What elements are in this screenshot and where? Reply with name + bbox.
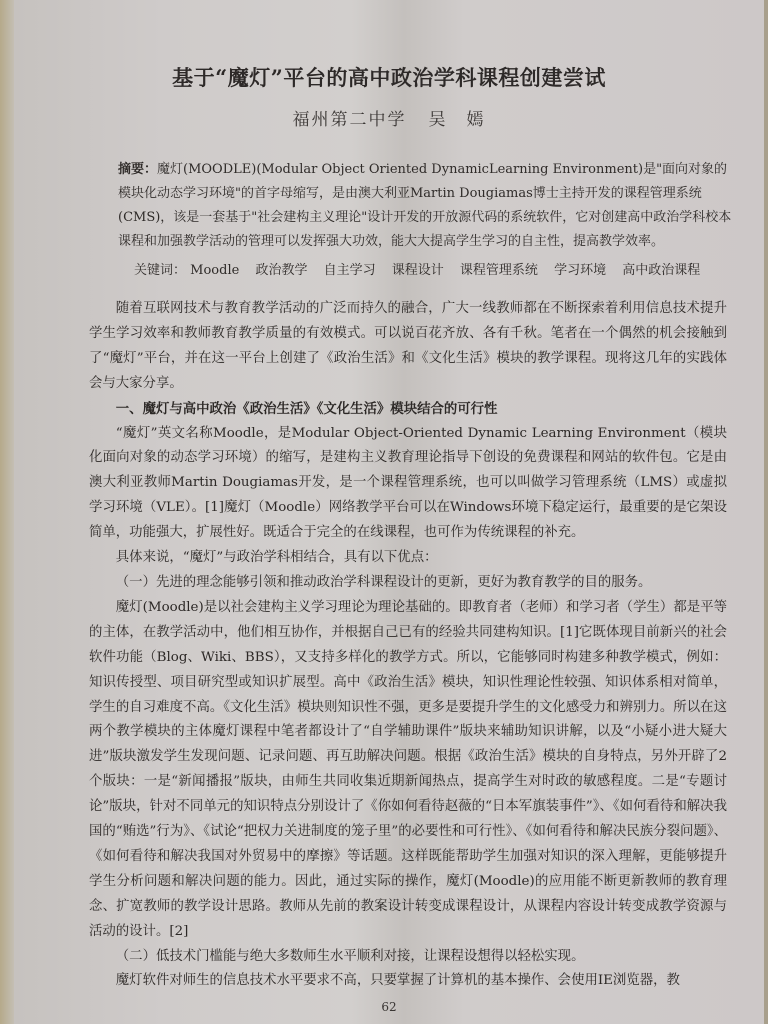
author-line: 福州第二中学吴 嫣 <box>14 105 764 130</box>
paragraph: 随着互联网技术与教育教学活动的广泛而持久的融合，广大一线教师都在不断探索着利用信… <box>89 297 727 397</box>
abstract: 摘要：魔灯(MOODLE)(Modular Object Oriented Dy… <box>118 158 733 254</box>
abstract-text: 魔灯(MOODLE)(Modular Object Oriented Dynam… <box>118 162 731 249</box>
paragraph: 具体来说，“魔灯”与政治学科相结合，具有以下优点： <box>89 546 727 571</box>
author-name: 吴 嫣 <box>429 110 486 130</box>
keywords-label: 关键词： <box>134 263 186 278</box>
author-affiliation: 福州第二中学 <box>293 110 407 130</box>
paragraph: 魔灯(Moodle)是以社会建构主义学习理论为理论基础的。即教育者（老师）和学习… <box>89 596 727 945</box>
page-edge-shadow <box>0 0 14 1024</box>
keyword: 课程管理系统 <box>460 263 538 278</box>
keyword: Moodle <box>190 263 239 278</box>
abstract-label: 摘要： <box>118 162 157 177</box>
keyword: 学习环境 <box>554 263 606 278</box>
keyword: 高中政治课程 <box>622 263 700 278</box>
subsection-heading: （二）低技术门槛能与绝大多数师生水平顺利对接，让课程设想得以轻松实现。 <box>89 945 727 970</box>
keyword: 政治教学 <box>255 263 307 278</box>
document-page: 基于“魔灯”平台的高中政治学科课程创建尝试 福州第二中学吴 嫣 摘要：魔灯(MO… <box>14 0 764 1024</box>
article-title: 基于“魔灯”平台的高中政治学科课程创建尝试 <box>14 62 764 92</box>
keywords: 关键词： Moodle 政治教学 自主学习 课程设计 课程管理系统 学习环境 高… <box>134 259 734 278</box>
section-heading: 一、魔灯与高中政治《政治生活》《文化生活》模块结合的可行性 <box>89 397 727 422</box>
keyword: 自主学习 <box>324 263 376 278</box>
article-body: 随着互联网技术与教育教学活动的广泛而持久的融合，广大一线教师都在不断探索着利用信… <box>89 297 727 994</box>
paragraph: 魔灯软件对师生的信息技术水平要求不高，只要掌握了计算机的基本操作、会使用IE浏览… <box>89 969 727 994</box>
subsection-heading: （一）先进的理念能够引领和推动政治学科课程设计的更新，更好为教育教学的目的服务。 <box>89 571 727 596</box>
paragraph: “魔灯”英文名称Moodle，是Modular Object-Oriented … <box>89 422 727 547</box>
keyword: 课程设计 <box>392 263 444 278</box>
page-number: 62 <box>14 1000 764 1014</box>
